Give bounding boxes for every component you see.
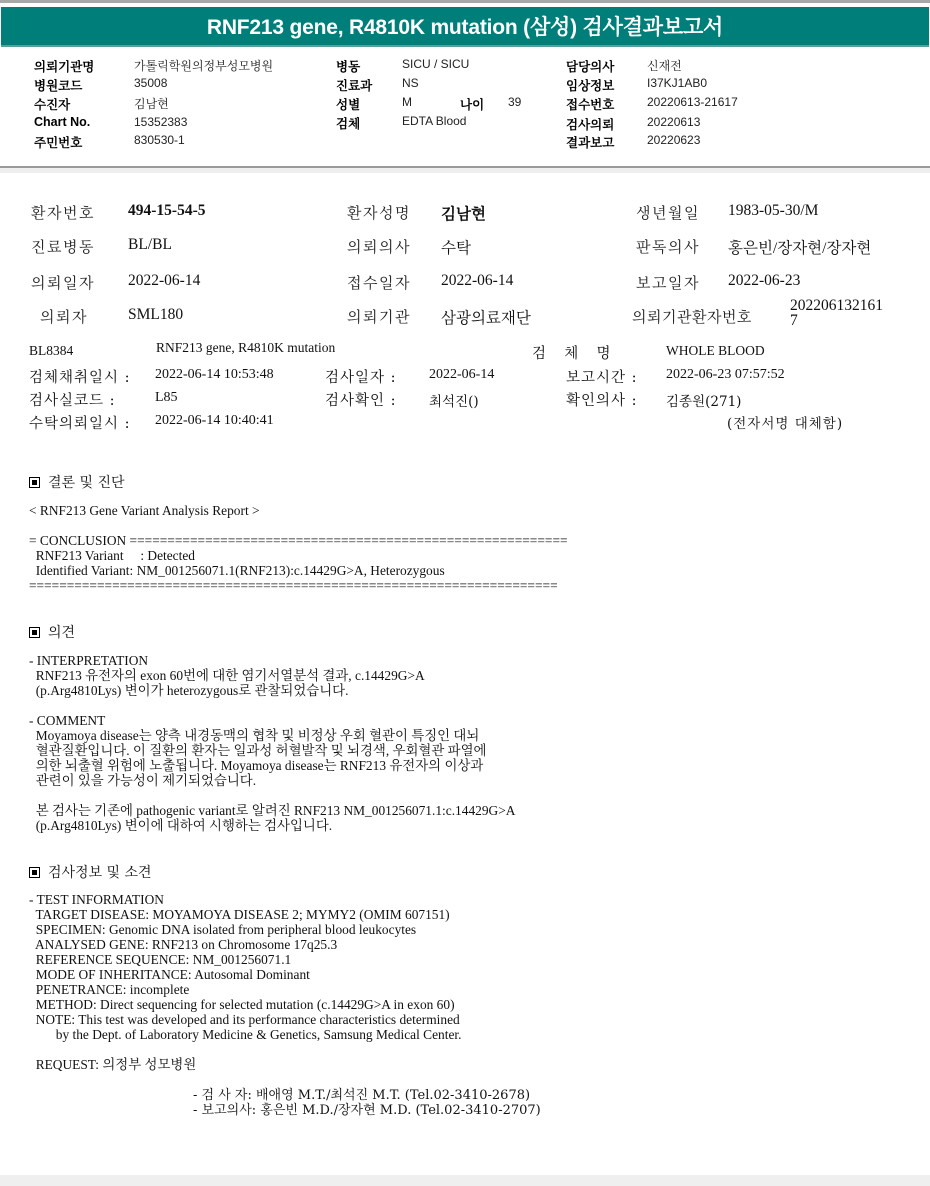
exam-report-time-label: 보고시간 :: [566, 366, 638, 387]
exam-doctor-value: 김종원(271): [666, 390, 741, 410]
patient-label-inst-patient-no: 의뢰기관환자번호: [632, 306, 752, 327]
patient-label-report-date: 보고일자: [636, 272, 700, 293]
patient-value-reading-doctor: 홍은빈/장자현/장자현: [728, 236, 871, 258]
patient-value-requester: SML180: [128, 306, 183, 324]
summary-value-specimen: EDTA Blood: [402, 114, 466, 128]
patient-label-ref-doctor: 의뢰의사: [347, 236, 411, 257]
section-conclusion-title: 결론 및 진단: [48, 472, 125, 492]
patient-label-birth: 생년월일: [636, 202, 700, 223]
patient-label-institution: 의뢰기관: [347, 306, 411, 327]
summary-value-request-date: 20220613: [647, 115, 700, 129]
patient-label-name: 환자성명: [347, 202, 411, 223]
summary-value-report-date: 20220623: [647, 133, 700, 147]
summary-value-hospital-code: 35008: [134, 76, 167, 90]
summary-value-department: NS: [402, 76, 419, 90]
top-border: [0, 0, 930, 3]
summary-block: 의뢰기관명 가톨릭학원의정부성모병원 병원코드 35008 수진자 김남현 Ch…: [0, 52, 930, 152]
staff-text: - 검 사 자: 배애영 M.T./최석진 M.T. (Tel.02-3410-…: [193, 1088, 541, 1118]
exam-info: BL8384 RNF213 gene, R4810K mutation 검 체 …: [0, 338, 930, 438]
summary-label-institution: 의뢰기관명: [34, 57, 94, 75]
exam-confirm-value: 최석진(): [429, 390, 479, 410]
summary-label-receipt-no: 접수번호: [566, 95, 614, 113]
patient-value-ref-doctor: 수탁: [441, 236, 471, 258]
footer-band: [0, 1175, 930, 1186]
summary-label-hospital-code: 병원코드: [34, 76, 82, 94]
summary-label-resident-no: 주민번호: [34, 133, 82, 151]
section-test-info-title: 검사정보 및 소견: [48, 862, 152, 882]
patient-label-reading-doctor: 판독의사: [636, 236, 700, 257]
summary-label-specimen: 검체: [336, 114, 360, 132]
signature-note: (전자서명 대체함): [727, 412, 843, 432]
section-conclusion-heading: 결론 및 진단: [29, 472, 125, 492]
summary-value-clinical-info: I37KJ1AB0: [647, 76, 707, 90]
divider-band: [0, 168, 930, 173]
conclusion-text: < RNF213 Gene Variant Analysis Report > …: [29, 503, 568, 593]
patient-value-institution: 삼광의료재단: [441, 306, 531, 328]
summary-value-patient: 김남현: [134, 95, 169, 112]
summary-value-age: 39: [508, 95, 521, 109]
patient-value-receipt-date: 2022-06-14: [441, 272, 513, 290]
exam-doctor-label: 확인의사 :: [566, 389, 638, 410]
section-opinion-title: 의견: [48, 622, 75, 642]
report-title: RNF213 gene, R4810K mutation (삼성) 검사결과보고…: [207, 11, 723, 41]
summary-label-age: 나이: [460, 95, 484, 113]
square-bullet-icon: [29, 867, 40, 878]
summary-label-chart-no: Chart No.: [34, 115, 90, 129]
exam-lab-code-value: L85: [155, 390, 178, 406]
summary-value-sex: M: [402, 95, 412, 109]
exam-request-value: 2022-06-14 10:40:41: [155, 413, 274, 429]
opinion-text: - INTERPRETATION RNF213 유전자의 exon 60번에 대…: [29, 653, 515, 833]
exam-report-time-value: 2022-06-23 07:57:52: [666, 367, 785, 383]
square-bullet-icon: [29, 477, 40, 488]
patient-value-inst-patient-no: 2022061321617: [790, 298, 883, 328]
section-opinion-heading: 의견: [29, 622, 75, 642]
summary-value-receipt-no: 20220613-21617: [647, 95, 738, 109]
exam-test-date-label: 검사일자 :: [325, 366, 397, 387]
summary-value-resident-no: 830530-1: [134, 133, 185, 147]
patient-value-id: 494-15-54-5: [128, 202, 206, 220]
square-bullet-icon: [29, 627, 40, 638]
exam-specimen-value: WHOLE BLOOD: [666, 343, 765, 359]
summary-label-attending: 담당의사: [566, 57, 614, 75]
exam-collect-value: 2022-06-14 10:53:48: [155, 367, 274, 383]
exam-specimen-label: 검 체 명: [532, 342, 613, 363]
exam-lab-code-label: 검사실코드 :: [29, 389, 116, 410]
patient-label-receipt-date: 접수일자: [347, 272, 411, 293]
summary-label-sex: 성별: [336, 95, 360, 113]
exam-collect-label: 검체채취일시 :: [29, 366, 131, 387]
summary-label-ward: 병동: [336, 57, 360, 75]
summary-label-clinical-info: 임상정보: [566, 76, 614, 94]
exam-code: BL8384: [29, 343, 73, 359]
exam-test-date-value: 2022-06-14: [429, 367, 494, 383]
summary-label-department: 진료과: [336, 76, 372, 94]
patient-value-name: 김남현: [441, 202, 486, 224]
patient-value-report-date: 2022-06-23: [728, 272, 800, 290]
summary-value-ward: SICU / SICU: [402, 57, 469, 71]
patient-info: 환자번호 494-15-54-5 환자성명 김남현 생년월일 1983-05-3…: [0, 195, 930, 335]
patient-label-requester: 의뢰자: [40, 306, 88, 327]
patient-value-birth: 1983-05-30/M: [728, 202, 818, 220]
summary-value-attending: 신재전: [647, 57, 682, 74]
section-test-info-heading: 검사정보 및 소견: [29, 862, 152, 882]
summary-value-institution: 가톨릭학원의정부성모병원: [134, 57, 273, 74]
summary-label-patient: 수진자: [34, 95, 70, 113]
exam-request-label: 수탁의뢰일시 :: [29, 412, 131, 433]
summary-value-chart-no: 15352383: [134, 115, 187, 129]
exam-confirm-label: 검사확인 :: [325, 389, 397, 410]
patient-label-request-date: 의뢰일자: [31, 272, 95, 293]
patient-value-request-date: 2022-06-14: [128, 272, 200, 290]
exam-test-name: RNF213 gene, R4810K mutation: [156, 340, 335, 356]
patient-label-id: 환자번호: [31, 202, 95, 223]
test-info-text: - TEST INFORMATION TARGET DISEASE: MOYAM…: [29, 892, 461, 1072]
summary-label-request-date: 검사의뢰: [566, 115, 614, 133]
patient-value-ward: BL/BL: [128, 236, 172, 254]
patient-label-ward: 진료병동: [31, 236, 95, 257]
report-title-bar: RNF213 gene, R4810K mutation (삼성) 검사결과보고…: [1, 7, 929, 47]
summary-label-report-date: 결과보고: [566, 133, 614, 151]
